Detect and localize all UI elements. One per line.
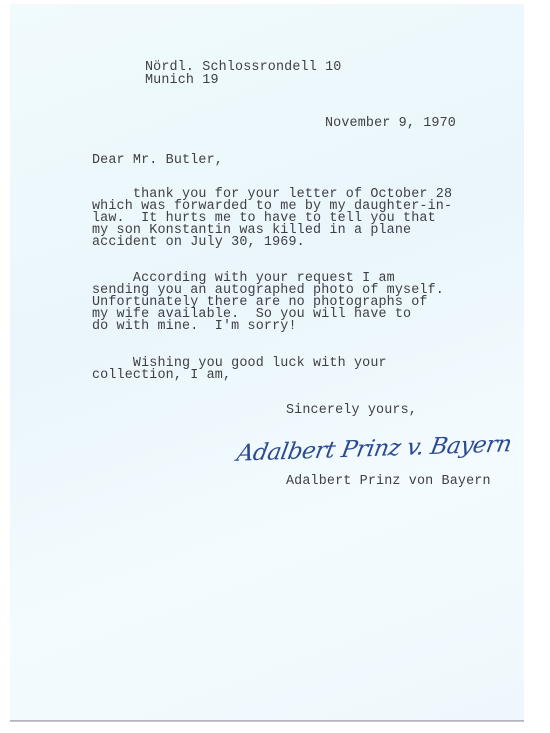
paragraph-line: collection, I am, xyxy=(92,370,231,383)
paragraph-line: accident on July 30, 1969. xyxy=(92,237,305,250)
letter-date: November 9, 1970 xyxy=(325,118,456,131)
salutation: Dear Mr. Butler, xyxy=(92,155,223,168)
sender-address-line-2: Munich 19 xyxy=(145,75,219,88)
closing: Sincerely yours, xyxy=(286,405,417,418)
typed-signature-name: Adalbert Prinz von Bayern xyxy=(286,476,491,489)
paragraph-line: do with mine. I'm sorry! xyxy=(92,321,297,334)
